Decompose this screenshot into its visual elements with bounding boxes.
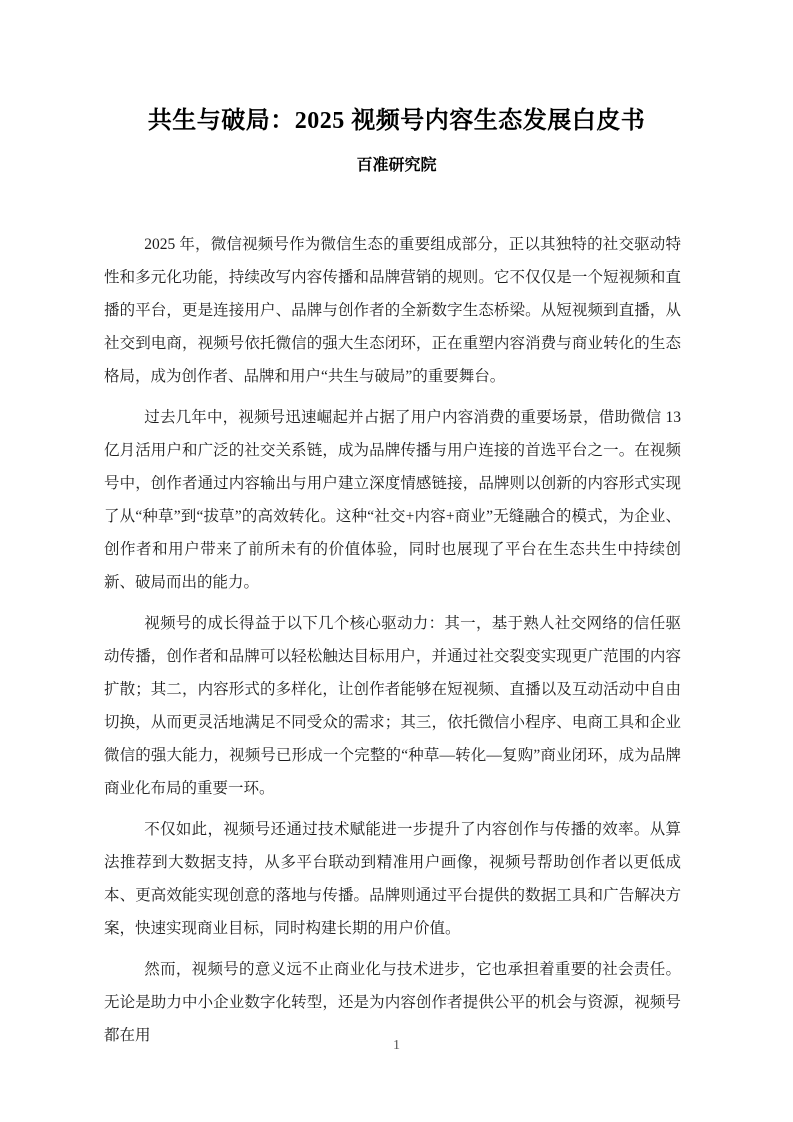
body-paragraph: 过去几年中，视频号迅速崛起并占据了用户内容消费的重要场景，借助微信 13 亿月活…: [104, 401, 681, 599]
document-title: 共生与破局：2025 视频号内容生态发展白皮书: [40, 104, 753, 138]
page-number: 1: [0, 1038, 793, 1054]
body-paragraph: 2025 年，微信视频号作为微信生态的重要组成部分，正以其独特的社交驱动特性和多…: [104, 228, 681, 393]
body-paragraph: 不仅如此，视频号还通过技术赋能进一步提升了内容创作与传播的效率。从算法推荐到大数…: [104, 813, 681, 945]
body-paragraph: 视频号的成长得益于以下几个核心驱动力：其一，基于熟人社交网络的信任驱动传播，创作…: [104, 607, 681, 805]
document-subtitle: 百准研究院: [40, 149, 753, 182]
document-body: 2025 年，微信视频号作为微信生态的重要组成部分，正以其独特的社交驱动特性和多…: [104, 228, 681, 1052]
document-page: 共生与破局：2025 视频号内容生态发展白皮书 百准研究院 2025 年，微信视…: [0, 0, 793, 1122]
